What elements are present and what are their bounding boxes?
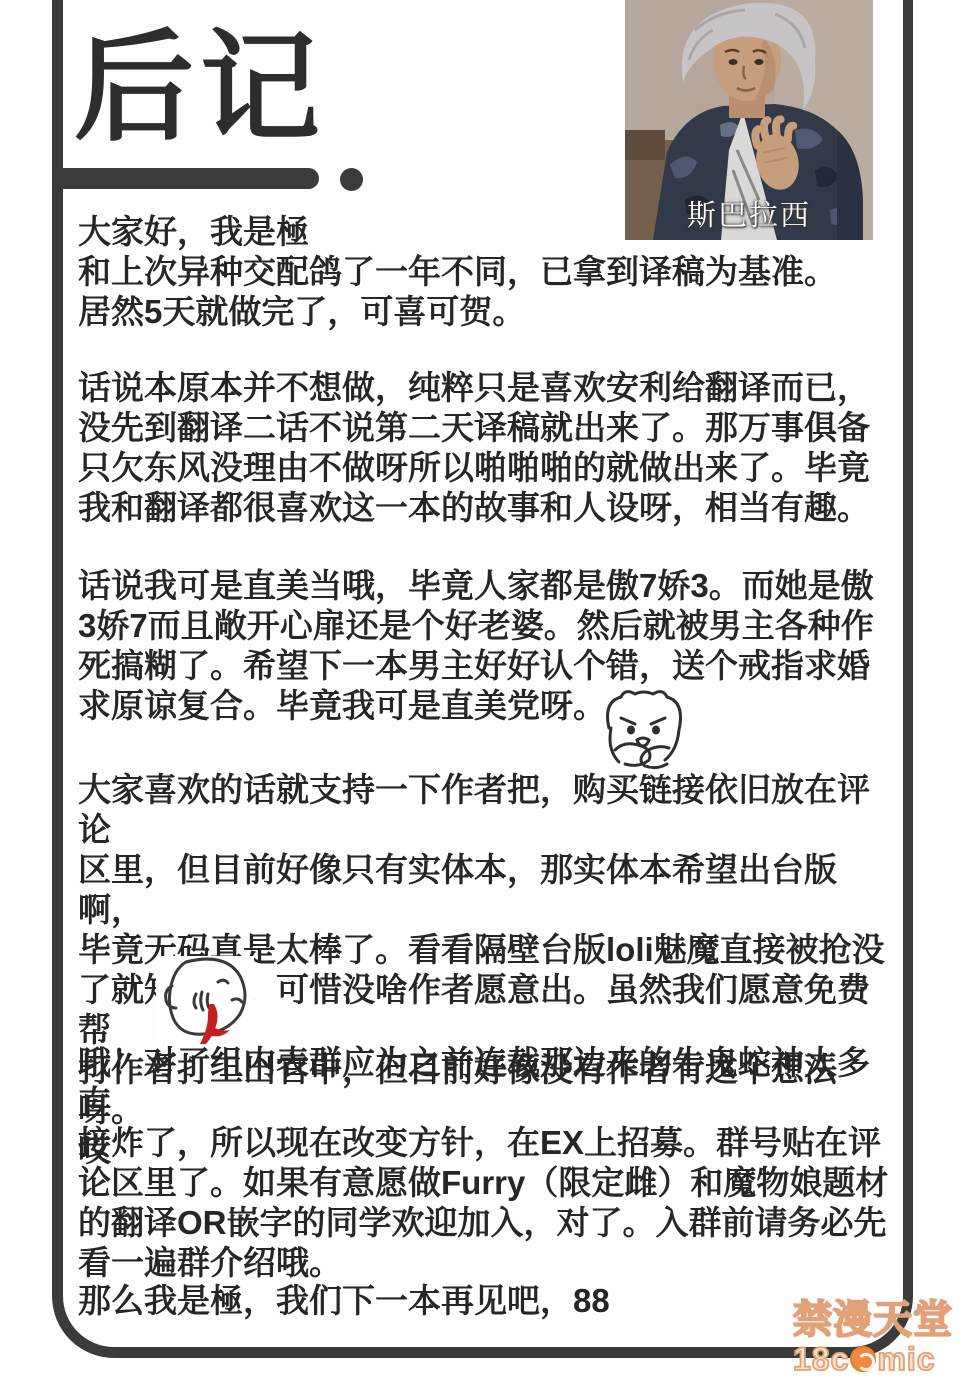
watermark-logo-suffix: mic xyxy=(877,1342,935,1376)
translator-photo: 斯巴拉西 xyxy=(625,0,873,240)
site-watermark: 禁漫天堂 18c mic xyxy=(793,1301,960,1376)
watermark-logo-prefix: 18c xyxy=(793,1342,849,1376)
watermark-site-name: 禁漫天堂 xyxy=(793,1301,960,1341)
otter-drawing xyxy=(595,684,691,774)
pufferfish-logo-icon xyxy=(850,1346,876,1372)
paragraph-intro: 大家好，我是極 和上次异种交配鸽了一年不同，已拿到译稿为基准。 居然5天就做完了… xyxy=(78,212,900,332)
paragraph-character-talk: 话说我可是直美当哦，毕竟人家都是傲7娇3。而她是傲 3娇7而且敞开心扉还是个好老… xyxy=(78,566,900,726)
paragraph-group-recruit: 哦！对了组内表群应为之前连载那边来的牛鬼蛇神太多直 接炸了，所以现在改变方针，在… xyxy=(78,1043,900,1283)
title-dot xyxy=(340,168,363,191)
nosebleed-drawing xyxy=(156,956,254,1046)
title-underline xyxy=(63,168,319,189)
paragraph-making-of: 话说本原本并不想做，纯粹只是喜欢安利给翻译而已， 没先到翻译二话不说第二天译稿就… xyxy=(78,368,900,528)
nosebleed-meme-icon xyxy=(156,956,254,1046)
closing-line: 那么我是極，我们下一本再见吧，88 xyxy=(78,1281,900,1321)
watermark-logo-line: 18c mic xyxy=(793,1342,960,1376)
smug-otter-meme-icon xyxy=(595,684,691,774)
page-title: 后记 xyxy=(74,22,474,154)
afterword-page: 后记 xyxy=(0,0,960,1381)
